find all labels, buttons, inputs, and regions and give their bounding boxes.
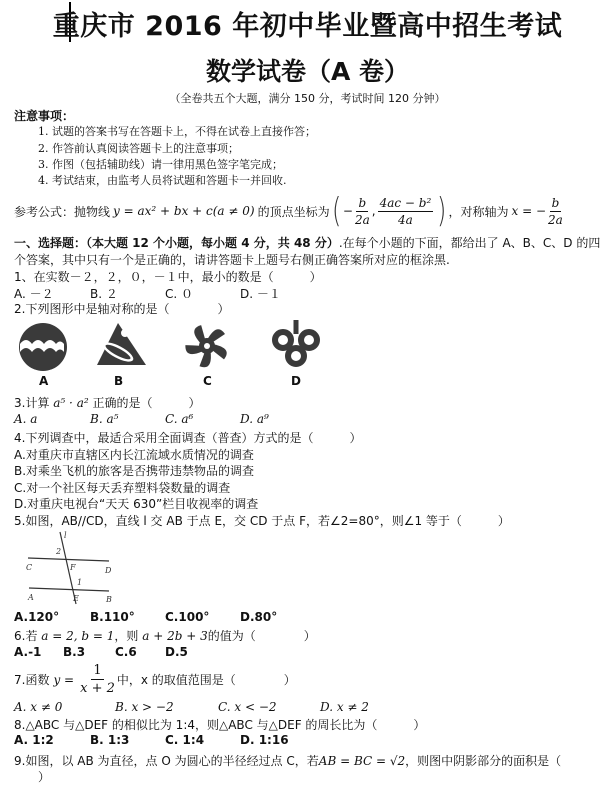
notes-heading: 注意事项：: [14, 107, 74, 124]
q3-option-b: B. a⁵: [90, 412, 118, 426]
note-item: 3. 作图（包括辅助线）请一律用黑色签字笔完成；: [38, 156, 283, 172]
svg-text:B: B: [105, 595, 112, 604]
formula-equation: y = ax² + bx + c(a ≠ 0): [113, 204, 255, 218]
symmetry-figures-icon: [0, 320, 340, 390]
formula-axis-text: ，对称轴为: [449, 203, 509, 220]
svg-text:C: C: [26, 563, 32, 572]
axis-fraction: b 2a: [548, 195, 563, 228]
question-4-stem: 4.下列调查中，最适合采用全面调查（普查）方式的是（ ）: [14, 429, 361, 446]
section1-header: 一、选择题：（本大题 12 个小题，每小题 4 分，共 48 分）.在每个小题的…: [14, 234, 600, 251]
q3-expression: a⁵ · a²: [53, 396, 88, 410]
q7-option-b: B. x > −2: [115, 700, 174, 714]
left-paren: (: [332, 192, 341, 230]
svg-text:E: E: [72, 594, 79, 603]
q8-option-c: C. 1:4: [165, 733, 204, 747]
q7-option-c: C. x < −2: [218, 700, 277, 714]
q7-option-a: A. x ≠ 0: [14, 700, 62, 714]
question-7-stem: 7.函数 y = 1 x + 2 中，x 的取值范围是（ ）: [14, 662, 296, 697]
q5-option-c: C.100°: [165, 610, 209, 624]
vertex-y-fraction: 4ac − b² 4a: [378, 195, 434, 228]
question-3-stem: 3.计算 a⁵ · a² 正确的是（ ）: [14, 394, 201, 411]
svg-text:2: 2: [55, 547, 61, 556]
q8-option-d: D. 1:16: [240, 733, 289, 747]
question-9-stem: 9.如图，以 AB 为直径，点 O 为圆心的半径经过点 C，若AB = BC =…: [14, 752, 561, 769]
section1-instruction: .在每个小题的下面，都给出了 A、B、C、D 的四: [339, 236, 601, 250]
parallel-lines-diagram-icon: l 2 C F D 1 A E B: [14, 530, 124, 605]
q2-label-b: B: [114, 374, 123, 388]
note-item: 4. 考试结束，由监考人员将试题和答题卡一并回收.: [38, 172, 287, 188]
section1-instruction-2: 个答案，其中只有一个是正确的，请讲答题卡上题号右侧正确答案所对应的框涂黑.: [14, 251, 450, 268]
q4-option-d: D.对重庆电视台“天天 630”栏目收视率的调查: [14, 495, 258, 512]
q7-fraction: 1 x + 2: [80, 662, 115, 697]
q6-option-c: C.6: [115, 645, 137, 659]
q3-option-c: C. a⁶: [165, 412, 193, 426]
question-2-stem: 2.下列图形中是轴对称的是（ ）: [14, 300, 229, 317]
q8-option-a: A. 1:2: [14, 733, 54, 747]
question-1-stem: 1、在实数－２，２，０，－１中，最小的数是（ ）: [14, 268, 322, 285]
q2-label-a: A: [39, 374, 48, 388]
q2-label-d: D: [291, 374, 301, 388]
reference-formula: 参考公式：抛物线 y = ax² + bx + c(a ≠ 0) 的顶点坐标为 …: [14, 190, 565, 232]
formula-prefix: 参考公式：抛物线: [14, 203, 110, 220]
figure-b-triangle-icon: [97, 323, 146, 365]
q2-label-c: C: [203, 374, 212, 388]
svg-text:D: D: [104, 566, 112, 575]
svg-text:l: l: [64, 531, 67, 540]
question-5-stem: 5.如图，AB//CD，直线 l 交 AB 于点 E，交 CD 于点 F，若∠2…: [14, 512, 510, 529]
exam-title: 重庆市 2016 年初中毕业暨高中招生考试: [0, 4, 615, 43]
q9-paren-close: ）: [38, 768, 50, 785]
note-item: 1. 试题的答案书写在答题卡上，不得在试卷上直接作答；: [38, 123, 316, 139]
q6-option-a: A.-1: [14, 645, 41, 659]
figure-d-three-rings-icon: [275, 320, 317, 364]
figure-c-pinwheel-icon: [183, 324, 229, 370]
q5-parallel-lines-figure: l 2 C F D 1 A E B: [14, 530, 124, 608]
exam-subtitle: 数学试卷（A 卷）: [0, 52, 615, 88]
figure-a-wave-circle-icon: [19, 323, 67, 371]
q5-option-a: A.120°: [14, 610, 59, 624]
q3-option-d: D. a⁹: [240, 412, 269, 426]
section1-heading: 一、选择题：（本大题 12 个小题，每小题 4 分，共 48 分）: [14, 236, 339, 250]
svg-text:F: F: [69, 563, 76, 572]
exam-info: （全卷共五个大题，满分 150 分，考试时间 120 分钟）: [0, 90, 615, 106]
q2-figures: [0, 320, 340, 390]
q8-option-b: B. 1:3: [90, 733, 129, 747]
formula-axis-eq: x = −: [512, 204, 547, 218]
q4-option-c: C.对一个社区每天丢弃塑料袋数量的调查: [14, 479, 230, 496]
formula-vertex-text: 的顶点坐标为: [258, 203, 330, 220]
question-8-stem: 8.△ABC 与△DEF 的相似比为 1:4，则△ABC 与△DEF 的周长比为…: [14, 716, 425, 733]
q6-option-b: B.3: [63, 645, 85, 659]
q4-option-b: B.对乘坐飞机的旅客是否携带违禁物品的调查: [14, 462, 254, 479]
question-6-stem: 6.若 a = 2, b = 1，则 a + 2b + 3的值为（ ）: [14, 627, 316, 644]
q5-option-b: B.110°: [90, 610, 135, 624]
note-item: 2. 作答前认真阅读答题卡上的注意事项；: [38, 140, 239, 156]
q3-option-a: A. a: [14, 412, 37, 426]
q6-option-d: D.5: [165, 645, 188, 659]
q9-expression: AB = BC = √2: [319, 754, 405, 768]
q7-option-d: D. x ≠ 2: [320, 700, 369, 714]
q1-option-d: D. －１: [240, 285, 281, 302]
q4-option-a: A.对重庆市直辖区内长江流域水质情况的调查: [14, 446, 254, 463]
right-paren: ): [437, 192, 446, 230]
q5-option-d: D.80°: [240, 610, 277, 624]
vertex-x-fraction: b 2a: [355, 195, 370, 228]
svg-text:A: A: [27, 593, 34, 602]
svg-text:1: 1: [77, 578, 82, 587]
